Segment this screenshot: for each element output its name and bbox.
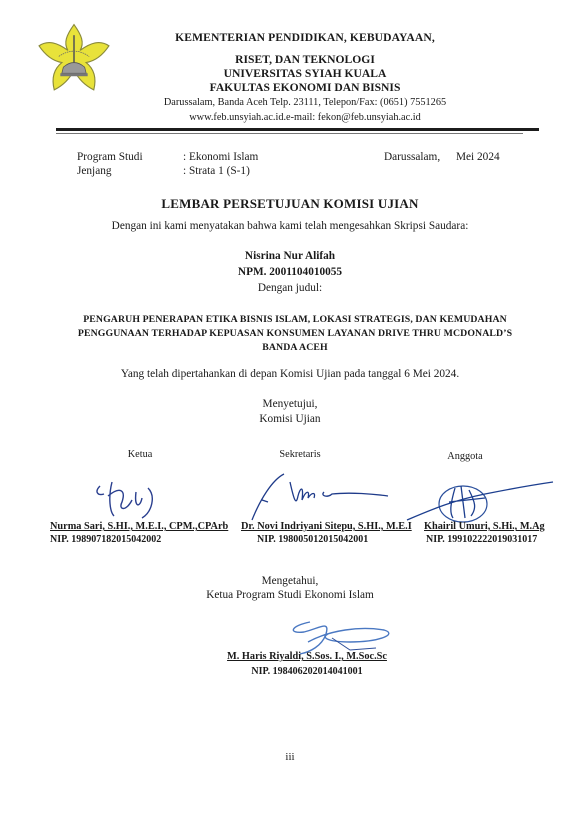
role-member: Anggota bbox=[420, 451, 510, 462]
university-name: UNIVERSITAS SYIAH KUALA bbox=[150, 67, 460, 80]
signature-chair bbox=[92, 478, 172, 520]
thesis-title-line2: PENGGUNAAN TERHADAP KEPUASAN KONSUMEN LA… bbox=[40, 327, 550, 341]
page-number: iii bbox=[0, 751, 580, 763]
role-secretary: Sekretaris bbox=[255, 449, 345, 460]
student-npm: NPM. 2001104010055 bbox=[0, 266, 580, 278]
letterhead-divider-thick bbox=[56, 128, 539, 131]
thesis-title-line1: PENGARUH PENERAPAN ETIKA BISNIS ISLAM, L… bbox=[40, 313, 550, 327]
intro-statement: Dengan ini kami menyatakan bahwa kami te… bbox=[0, 220, 580, 232]
secretary-nip: NIP. 198005012015042001 bbox=[257, 534, 368, 545]
thesis-title-line3: BANDA ACEH bbox=[40, 341, 550, 355]
ministry-name-cont: RISET, DAN TEKNOLOGI bbox=[150, 53, 460, 66]
level-label: Jenjang bbox=[77, 165, 112, 177]
acknowledgement-line1: Mengetahui, bbox=[0, 575, 580, 587]
acknowledgement-line2: Ketua Program Studi Ekonomi Islam bbox=[0, 589, 580, 601]
head-of-program-name: M. Haris Riyaldi, S.Sos. I., M.Soc.Sc bbox=[0, 651, 580, 662]
member-nip: NIP. 199102222019031017 bbox=[426, 534, 537, 545]
program-value: : Ekonomi Islam bbox=[183, 151, 258, 163]
chair-nip: NIP. 198907182015042002 bbox=[50, 534, 161, 545]
ministry-name: KEMENTERIAN PENDIDIKAN, KEBUDAYAAN, bbox=[150, 31, 460, 44]
thesis-title: PENGARUH PENERAPAN ETIKA BISNIS ISLAM, L… bbox=[40, 313, 550, 355]
signature-secretary bbox=[250, 470, 390, 525]
member-name: Khairil Umuri, S.Hi., M.Ag bbox=[424, 521, 545, 532]
date: Mei 2024 bbox=[456, 151, 500, 163]
letterhead-divider-thin bbox=[56, 133, 523, 134]
level-value: : Strata 1 (S-1) bbox=[183, 165, 250, 177]
approval-line1: Menyetujui, bbox=[0, 398, 580, 410]
student-name: Nisrina Nur Alifah bbox=[0, 250, 580, 262]
approval-line2: Komisi Ujian bbox=[0, 413, 580, 425]
defense-statement: Yang telah dipertahankan di depan Komisi… bbox=[0, 368, 580, 380]
signature-head-of-program bbox=[280, 616, 400, 656]
head-of-program-nip: NIP. 198406202014041001 bbox=[0, 666, 580, 677]
chair-name: Nurma Sari, S.HI., M.E.I., CPM.,CPArb bbox=[50, 521, 228, 532]
title-label: Dengan judul: bbox=[0, 282, 580, 294]
secretary-name: Dr. Novi Indriyani Sitepu, S.HI., M.E.I bbox=[241, 521, 412, 532]
address: Darussalam, Banda Aceh Telp. 23111, Tele… bbox=[130, 97, 480, 108]
program-label: Program Studi bbox=[77, 151, 143, 163]
contact-info: www.feb.unsyiah.ac.id.e-mail: fekon@feb.… bbox=[130, 112, 480, 123]
faculty-name: FAKULTAS EKONOMI DAN BISNIS bbox=[150, 81, 460, 94]
role-chair: Ketua bbox=[95, 449, 185, 460]
document-title: LEMBAR PERSETUJUAN KOMISI UJIAN bbox=[0, 196, 580, 212]
university-logo bbox=[36, 20, 112, 96]
place: Darussalam, bbox=[384, 151, 440, 163]
